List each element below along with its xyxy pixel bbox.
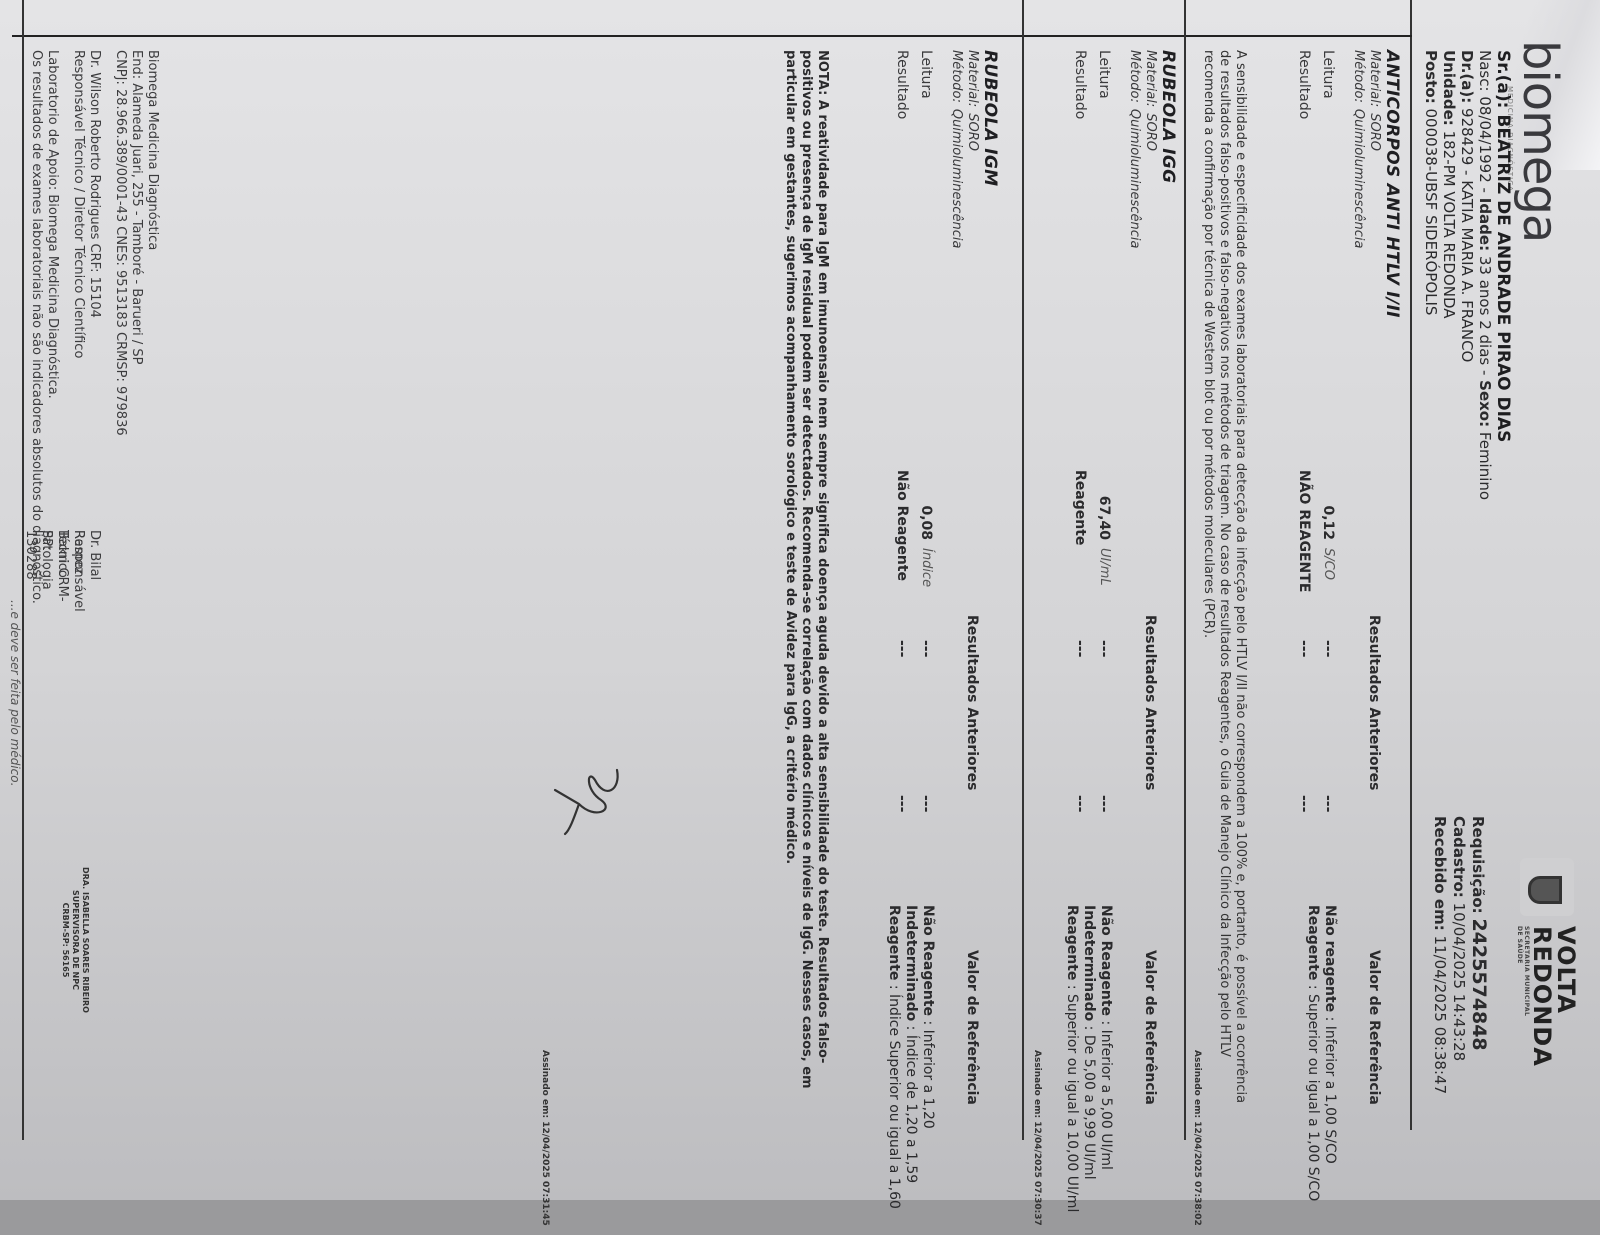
patient-post: Posto: 000038-UBSF SIDERÓPOLIS — [1422, 50, 1440, 500]
reference-header: Valor de Referência — [1366, 950, 1382, 1105]
biomega-logo: biomega — [1512, 40, 1568, 242]
reference-values: Não Reagente : Inferior a 5,00 UI/ml Ind… — [1063, 905, 1114, 1200]
request-info: Requisição: 2425574848 Cadastro: 10/04/2… — [1430, 816, 1488, 1094]
patient-doctor: Dr.(a): 928429 - KATIA MARIA A. FRANCO — [1458, 50, 1476, 500]
reference-header: Valor de Referência — [1142, 950, 1158, 1105]
exam-rubeola-igg: RUBEOLA IGG Material:SORO Método:Quimiol… — [1064, 50, 1178, 1130]
exam-note: A sensibilidade e especificidade dos exa… — [1200, 50, 1248, 1110]
previous-results-header: Resultados Anteriores — [964, 615, 980, 790]
request-number: Requisição: 2425574848 — [1468, 816, 1488, 1094]
supervisor-signature-block: DRA. ISABELLA SOARES RIBEIRO SUPERVISORA… — [60, 840, 90, 1040]
exam-title: RUBEOLA IGM — [980, 50, 1000, 1130]
previous-results-header: Resultados Anteriores — [1142, 615, 1158, 790]
content-border — [12, 35, 1412, 37]
volta-redonda-logo: VOLTA REDONDA SECRETARIA MUNICIPAL DE SA… — [1516, 858, 1578, 1067]
patient-name: Sr.(a): BEATRIZ DE ANDRADE PIRAO DIAS — [1494, 50, 1512, 500]
city-crest-icon — [1520, 858, 1574, 916]
request-received: Recebido em: 11/04/2025 08:38:47 — [1430, 816, 1449, 1094]
reference-header: Valor de Referência — [964, 950, 980, 1105]
patient-info: Sr.(a): BEATRIZ DE ANDRADE PIRAO DIAS Na… — [1422, 50, 1512, 500]
header-divider — [1410, 0, 1412, 1130]
section-divider — [1022, 0, 1024, 1140]
patient-demographics: Nasc: 08/04/1992 - Idade: 33 anos 2 dias… — [1476, 50, 1494, 500]
signed-timestamp: Assinado em: 12/04/2025 07:30:37 — [1032, 1050, 1042, 1200]
exam-title: ANTICORPOS ANTI HTLV I/II — [1382, 50, 1402, 1130]
handwritten-signature — [545, 760, 625, 840]
exam-title: RUBEOLA IGG — [1158, 50, 1178, 1130]
exam-rubeola-igm: RUBEOLA IGM Material:SORO Método:Quimiol… — [782, 50, 1000, 1130]
exam-note: NOTA: A reatividade para IgM em imunoens… — [782, 50, 830, 1090]
lab-footer: Biomega Medicina Diagnóstica End: Alamed… — [28, 50, 160, 604]
signed-timestamp: Assinado em: 12/04/2025 07:38:02 — [1192, 1050, 1202, 1200]
section-divider — [1184, 0, 1186, 1140]
request-registered: Cadastro: 10/04/2025 14:43:28 — [1449, 816, 1468, 1094]
lab-report-page: biomega MEDICINA DIAGNÓSTICA VOLTA REDON… — [0, 0, 1600, 1200]
reference-values: Não reagente : Inferior a 1,00 S/CO Reag… — [1304, 905, 1338, 1200]
disclaimer-tail: ...e deve ser feita pelo médico. — [8, 600, 22, 786]
reference-values: Não Reagente : Inferior a 1,20 Indetermi… — [885, 905, 936, 1200]
exam-htlv: ANTICORPOS ANTI HTLV I/II Material:SORO … — [1200, 50, 1402, 1130]
patient-unit: Unidade: 182-PM VOLTA REDONDA — [1440, 50, 1458, 500]
signed-timestamp: Assinado em: 12/04/2025 07:31:45 — [540, 1050, 550, 1200]
previous-results-header: Resultados Anteriores — [1366, 615, 1382, 790]
